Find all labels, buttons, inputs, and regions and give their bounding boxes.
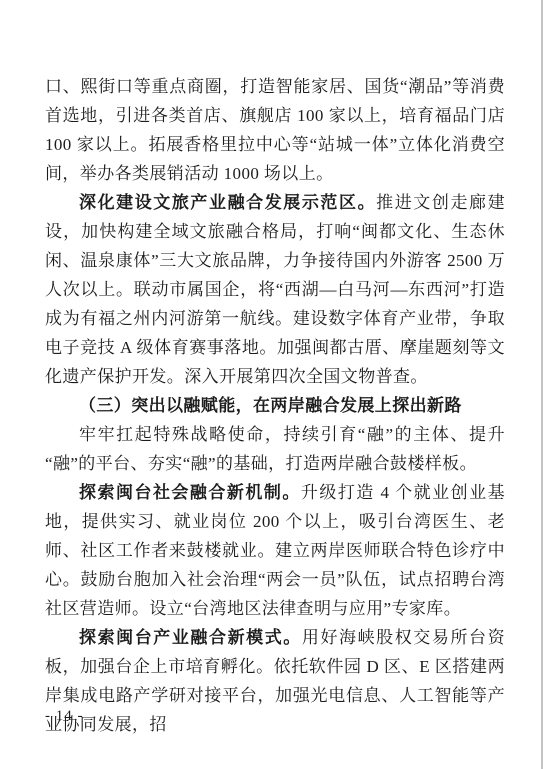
paragraph-lead: 探索闽台社会融合新机制。 — [79, 483, 301, 502]
paragraph-text: 升级打造 4 个就业创业基地，提供实习、就业岗位 200 个以上，吸引台湾医生、… — [45, 483, 505, 618]
page-number: - 14 - — [45, 706, 84, 726]
paragraph-text: 口、熙街口等重点商圈，打造智能家居、国货“潮品”等消费首选地，引进各类首店、旗舰… — [45, 77, 505, 183]
paragraph: 探索闽台产业融合新模式。用好海峡股权交易所台资板，加强台企上市培育孵化。依托软件… — [45, 623, 505, 739]
paragraph: 口、熙街口等重点商圈，打造智能家居、国货“潮品”等消费首选地，引进各类首店、旗舰… — [45, 72, 505, 188]
paragraph-text: 推进文创走廊建设，加快构建全域文旅融合格局，打响“闽都文化、生态休闲、温泉康体”… — [45, 193, 505, 386]
paragraph: 探索闽台社会融合新机制。升级打造 4 个就业创业基地，提供实习、就业岗位 200… — [45, 478, 505, 623]
document-body: 口、熙街口等重点商圈，打造智能家居、国货“潮品”等消费首选地，引进各类首店、旗舰… — [45, 72, 505, 739]
paragraph: 牢牢扛起特殊战略使命，持续引育“融”的主体、提升“融”的平台、夯实“融”的基础，… — [45, 420, 505, 478]
document-page: 口、熙街口等重点商圈，打造智能家居、国货“潮品”等消费首选地，引进各类首店、旗舰… — [0, 0, 546, 769]
section-heading: （三）突出以融赋能，在两岸融合发展上探出新路 — [45, 391, 505, 420]
page-right-border — [541, 0, 543, 769]
paragraph-lead: 探索闽台产业融合新模式。 — [79, 628, 302, 647]
paragraph-lead: 深化建设文旅产业融合发展示范区。 — [79, 193, 376, 212]
paragraph-text: 牢牢扛起特殊战略使命，持续引育“融”的主体、提升“融”的平台、夯实“融”的基础，… — [45, 425, 505, 473]
paragraph-lead: （三）突出以融赋能，在两岸融合发展上探出新路 — [79, 396, 462, 415]
paragraph: 深化建设文旅产业融合发展示范区。推进文创走廊建设，加快构建全域文旅融合格局，打响… — [45, 188, 505, 391]
